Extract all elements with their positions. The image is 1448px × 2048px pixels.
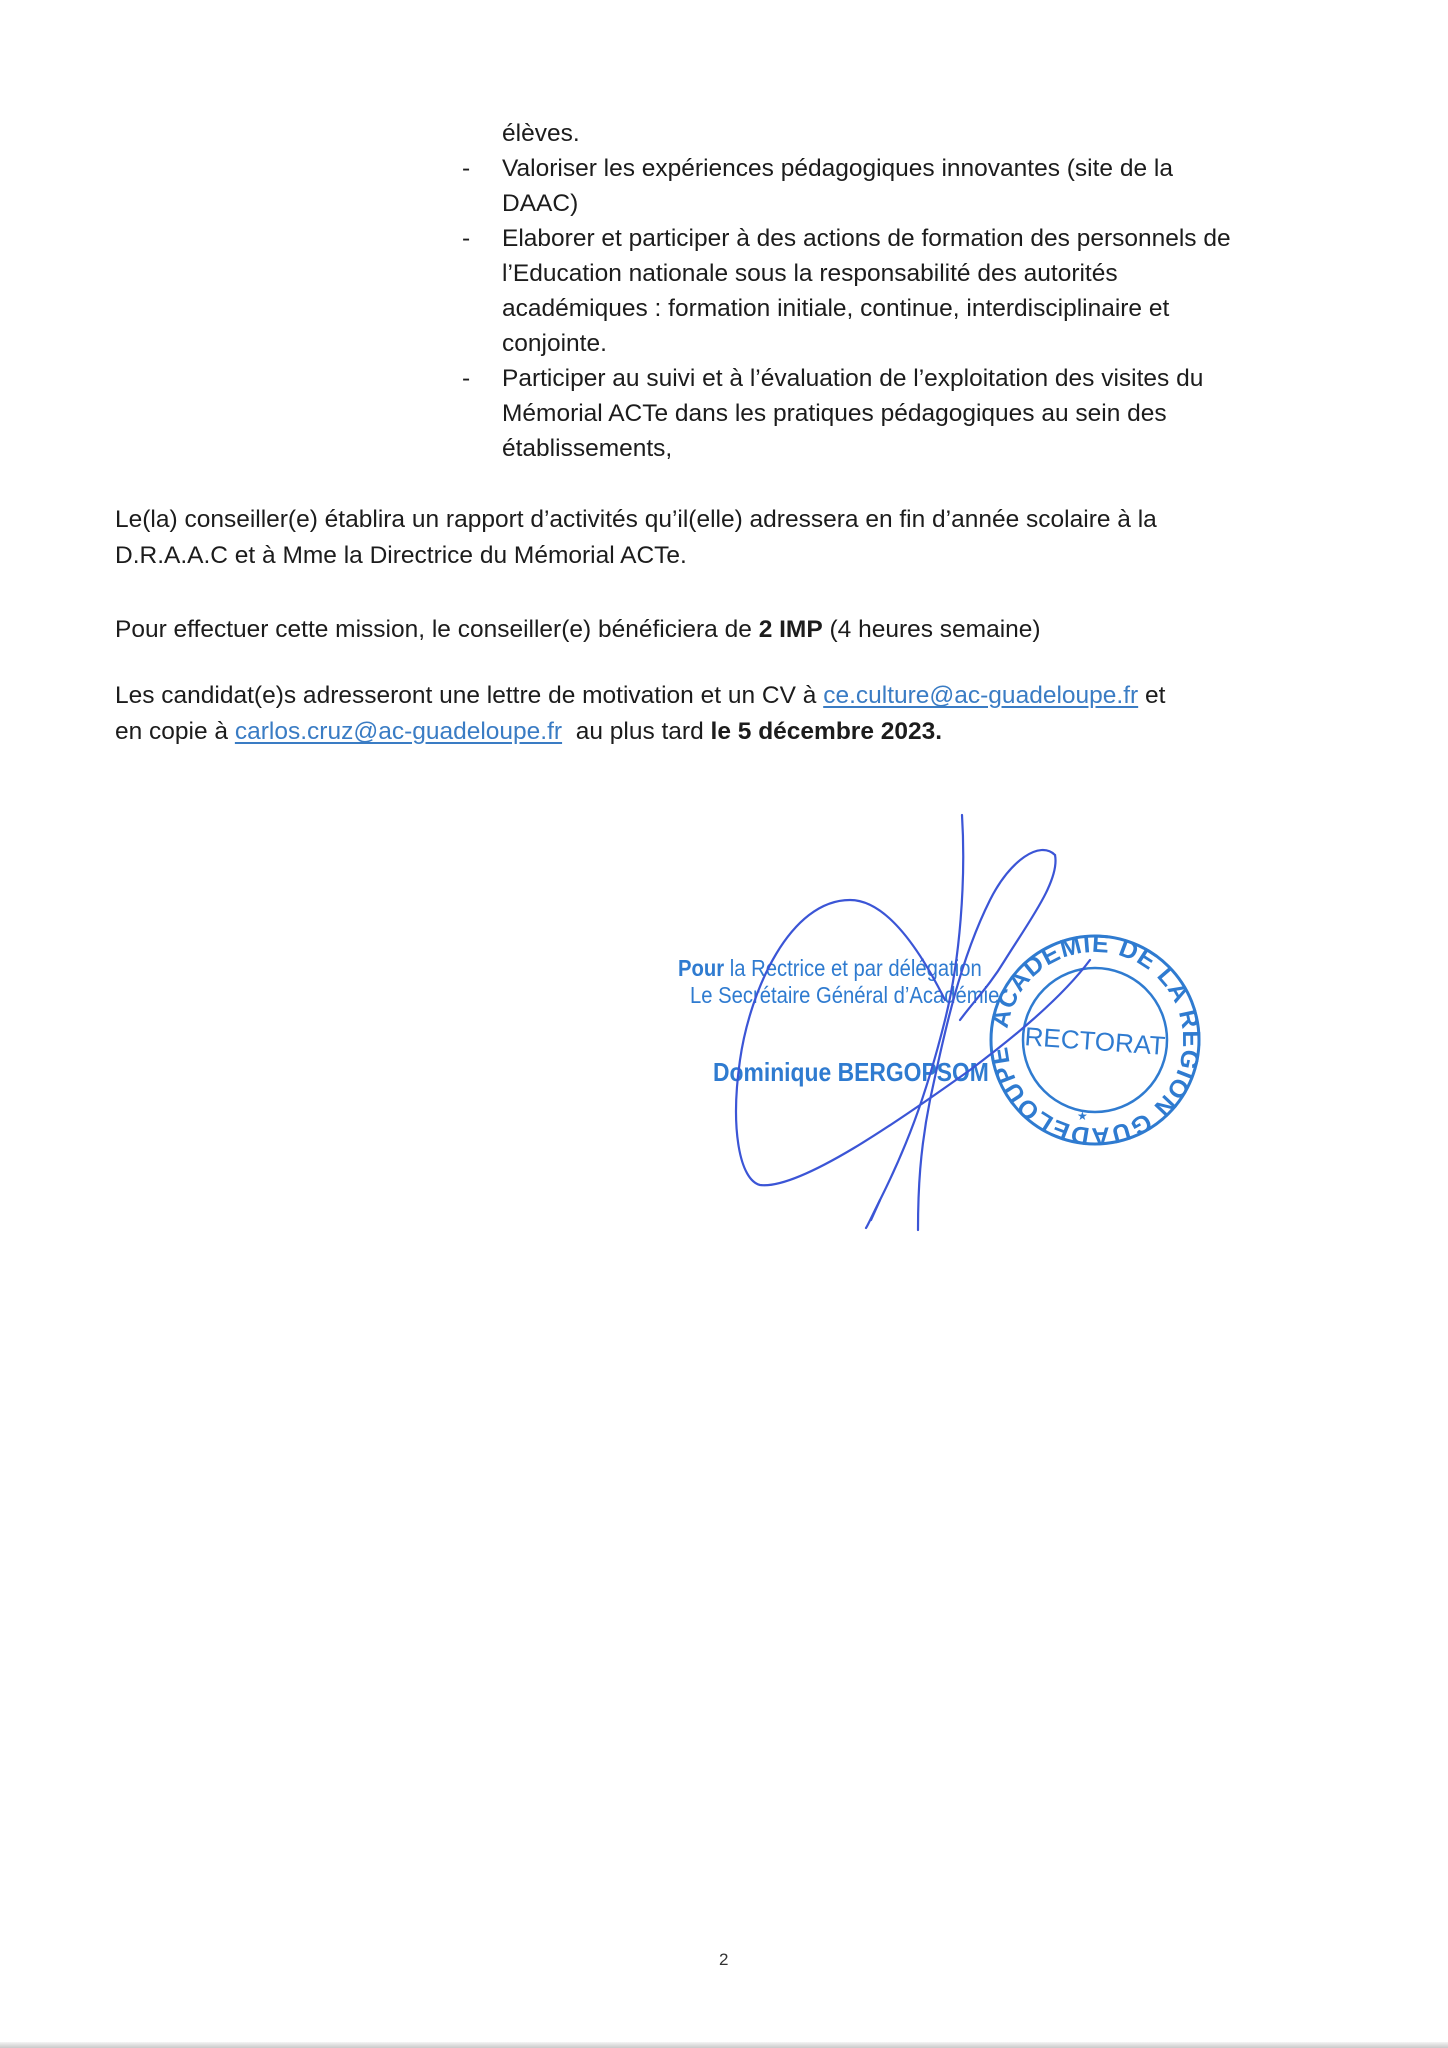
mission-paragraph: Pour effectuer cette mission, le conseil… xyxy=(115,612,1275,648)
svg-text:★: ★ xyxy=(1077,1109,1088,1123)
report-paragraph: Le(la) conseiller(e) établira un rapport… xyxy=(115,502,1275,574)
document-page: élèves. - Valoriser les expériences péda… xyxy=(0,0,1448,2048)
rectorat-stamp-icon: ACADEMIE DE LA REGION GUADELOUPE RECTORA… xyxy=(985,930,1205,1150)
mission-hours: (4 heures semaine) xyxy=(823,616,1041,643)
continuation-text: élèves. xyxy=(502,120,580,147)
email-link-culture[interactable]: ce.culture@ac-guadeloupe.fr xyxy=(823,682,1138,709)
bullet-dash: - xyxy=(462,361,470,396)
signature-title-line: Le Secrétaire Général d’Académie xyxy=(690,982,999,1009)
email-link-cruz[interactable]: carlos.cruz@ac-guadeloupe.fr xyxy=(235,718,562,745)
signature-delegation: la Rectrice et par délégation xyxy=(724,955,982,981)
bullet-dash: - xyxy=(462,151,470,186)
scan-edge xyxy=(0,2042,1448,2048)
signature-pour: Pour xyxy=(678,955,724,981)
report-line: D.R.A.A.C et à Mme la Directrice du Mémo… xyxy=(115,542,687,569)
list-item: - Valoriser les expériences pédagogiques… xyxy=(462,151,1322,221)
signature-delegation-line: Pour la Rectrice et par délégation xyxy=(678,955,982,982)
candidates-text: Les candidat(e)s adresseront une lettre … xyxy=(115,682,823,709)
deadline: le 5 décembre 2023. xyxy=(711,718,943,745)
svg-text:RECTORAT: RECTORAT xyxy=(1024,1021,1166,1061)
signatory-name: Dominique BERGOPSOM xyxy=(713,1057,989,1088)
list-item-line: DAAC) xyxy=(502,186,1322,221)
page-number: 2 xyxy=(719,1950,728,1970)
list-item-line: Participer au suivi et à l’évaluation de… xyxy=(502,361,1322,396)
list-item-line: Elaborer et participer à des actions de … xyxy=(502,221,1322,256)
candidates-paragraph: Les candidat(e)s adresseront une lettre … xyxy=(115,678,1275,750)
bullet-dash: - xyxy=(462,221,470,256)
list-item: - Elaborer et participer à des actions d… xyxy=(462,221,1322,361)
list-item-line: établissements, xyxy=(502,431,1322,466)
mission-text: Pour effectuer cette mission, le conseil… xyxy=(115,616,759,643)
report-line: Le(la) conseiller(e) établira un rapport… xyxy=(115,506,1157,533)
list-item-line: Valoriser les expériences pédagogiques i… xyxy=(502,151,1322,186)
candidates-text: au plus tard xyxy=(562,718,710,745)
imp-count: 2 IMP xyxy=(759,616,823,643)
list-item-line: Mémorial ACTe dans les pratiques pédagog… xyxy=(502,396,1322,431)
list-item-line: académiques : formation initiale, contin… xyxy=(502,291,1322,326)
list-item: - Participer au suivi et à l’évaluation … xyxy=(462,361,1322,466)
list-item-line: l’Education nationale sous la responsabi… xyxy=(502,256,1322,291)
list-continuation: élèves. xyxy=(462,116,1322,151)
mission-task-list: élèves. - Valoriser les expériences péda… xyxy=(462,116,1322,466)
list-item-line: conjointe. xyxy=(502,326,1322,361)
candidates-text: et xyxy=(1138,682,1165,709)
candidates-text: en copie à xyxy=(115,718,235,745)
